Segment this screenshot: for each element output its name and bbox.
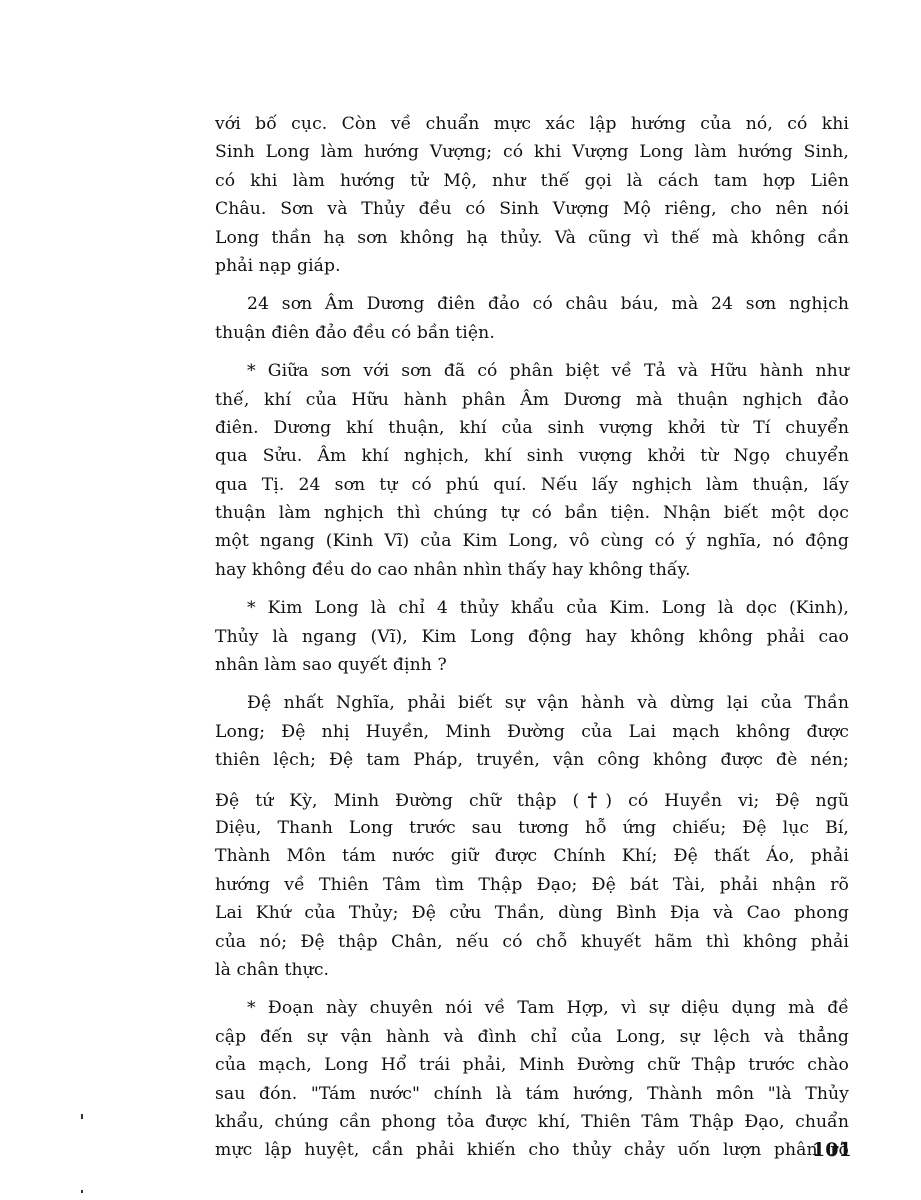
text-line: thế, khí của Hữu hành phân Âm Dương mà t… [215, 386, 849, 414]
text-line: Long thần hạ sơn không hạ thủy. Và cũng … [215, 224, 849, 252]
text-line: của mạch, Long Hổ trái phải, Minh Đường … [215, 1051, 849, 1079]
text-line: Diệu, Thanh Long trước sau tương hỗ ứng … [215, 814, 849, 842]
text-line: hướng về Thiên Tâm tìm Thập Đạo; Đệ bát … [215, 871, 849, 899]
text-line: * Giữa sơn với sơn đã có phân biệt về Tả… [215, 357, 849, 385]
text-line: Sinh Long làm hướng Vượng; có khi Vượng … [215, 138, 849, 166]
text-line: thuận điên đảo đều có bần tiện. [215, 319, 849, 347]
text-line: cập đến sự vận hành và đình chỉ của Long… [215, 1023, 849, 1051]
scan-speck [81, 1114, 83, 1119]
text-line: sau đón. "Tám nước" chính là tám hướng, … [215, 1080, 849, 1108]
page-number: 101 [812, 1139, 852, 1161]
text-line: * Đoạn này chuyên nói về Tam Hợp, vì sự … [215, 994, 849, 1022]
text-line: mực lập huyệt, cần phải khiến cho thủy c… [215, 1136, 849, 1164]
paragraph-continuation: với bố cục. Còn về chuẩn mực xác lập hướ… [215, 110, 849, 280]
text-line: thiên lệch; Đệ tam Pháp, truyền, vận côn… [215, 746, 849, 774]
text-line: thuận làm nghịch thì chúng tự có bần tiệ… [215, 499, 849, 527]
cross-symbol-icon: † [579, 786, 605, 814]
paragraph-commentary: * Giữa sơn với sơn đã có phân biệt về Tả… [215, 357, 849, 584]
text-line: 24 sơn Âm Dương điên đảo có châu báu, mà… [215, 290, 849, 318]
text-line: Lai Khứ của Thủy; Đệ cửu Thần, dùng Bình… [215, 899, 849, 927]
text-line: có khi làm hướng tử Mộ, như thế gọi là c… [215, 167, 849, 195]
text-line: hay không đều do cao nhân nhìn thấy hay … [215, 556, 849, 584]
paragraph-text: Đệ nhất Nghĩa, phải biết sự vận hành và … [215, 689, 849, 774]
text-line: khẩu, chúng cần phong tỏa được khí, Thiê… [215, 1108, 849, 1136]
text-line: của nó; Đệ thập Chân, nếu có chỗ khuyết … [215, 928, 849, 956]
text-line: với bố cục. Còn về chuẩn mực xác lập hướ… [215, 110, 849, 138]
scan-speck [81, 1190, 83, 1193]
text-line: phải nạp giáp. [215, 252, 849, 280]
paragraph-text: 24 sơn Âm Dương điên đảo có châu báu, mà… [215, 290, 849, 347]
book-page: với bố cục. Còn về chuẩn mực xác lập hướ… [0, 0, 921, 1200]
text-line: Thành Môn tám nước giữ được Chính Khí; Đ… [215, 842, 849, 870]
text-line: Thủy là ngang (Vĩ), Kim Long động hay kh… [215, 623, 849, 651]
text-segment: ) có Huyền vi; Đệ ngũ [605, 791, 849, 811]
page-body: với bố cục. Còn về chuẩn mực xác lập hướ… [215, 110, 849, 1165]
text-line: * Kim Long là chỉ 4 thủy khẩu của Kim. L… [215, 594, 849, 622]
paragraph-commentary: * Đoạn này chuyên nói về Tam Hợp, vì sự … [215, 994, 849, 1164]
text-segment: Đệ tứ Kỳ, Minh Đường chữ thập ( [215, 791, 579, 811]
text-line: qua Sửu. Âm khí nghịch, khí sinh vượng k… [215, 442, 849, 470]
text-line: Đệ nhất Nghĩa, phải biết sự vận hành và … [215, 689, 849, 717]
text-line: một ngang (Kinh Vĩ) của Kim Long, vô cùn… [215, 527, 849, 555]
text-line: qua Tị. 24 sơn tự có phú quí. Nếu lấy ng… [215, 471, 849, 499]
paragraph-commentary: * Kim Long là chỉ 4 thủy khẩu của Kim. L… [215, 594, 849, 679]
paragraph-text-continued: Đệ tứ Kỳ, Minh Đường chữ thập (†) có Huy… [215, 786, 849, 985]
text-line: nhân làm sao quyết định ? [215, 651, 849, 679]
text-line: điên. Dương khí thuận, khí của sinh vượn… [215, 414, 849, 442]
text-line: Long; Đệ nhị Huyền, Minh Đường của Lai m… [215, 718, 849, 746]
text-line-with-symbol: Đệ tứ Kỳ, Minh Đường chữ thập (†) có Huy… [215, 786, 849, 814]
text-line: là chân thực. [215, 956, 849, 984]
text-line: Châu. Sơn và Thủy đều có Sinh Vượng Mộ r… [215, 195, 849, 223]
